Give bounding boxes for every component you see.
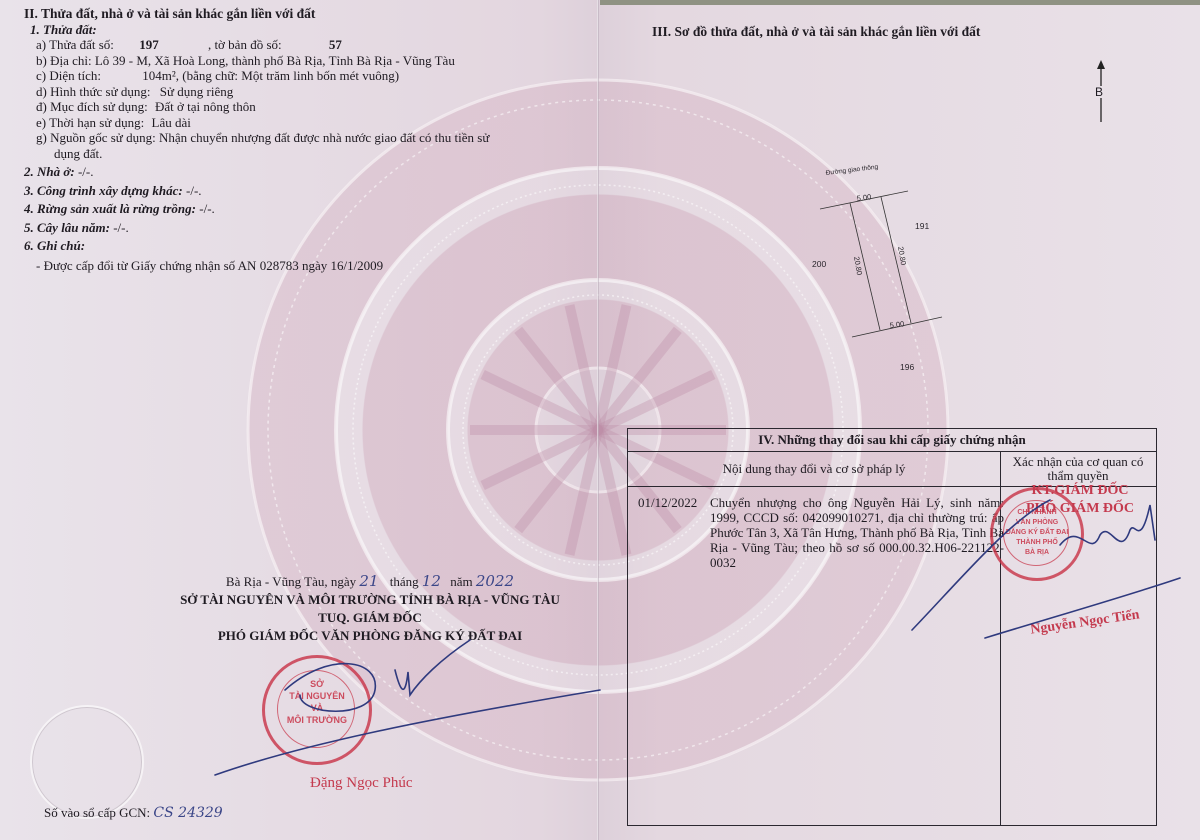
production-forest-row: 4. Rừng sản xuất là rừng trồng: -/-. (24, 201, 584, 217)
confirmation-title: KT.GIÁM ĐỐC PHÓ GIÁM ĐỐC (1010, 482, 1150, 518)
note-item: - Được cấp đổi từ Giấy chứng nhận số AN … (24, 258, 584, 274)
map-sheet-number: 57 (329, 37, 342, 52)
use-form-label: d) Hình thức sử dụng: (36, 84, 150, 99)
area-value: 104m², (bằng chữ: Một trăm linh bốn mét … (142, 68, 399, 83)
left-edge-length: 20.80 (852, 256, 864, 276)
house-row: 2. Nhà ở: -/-. (24, 164, 584, 180)
right-edge-length: 20.80 (896, 246, 908, 266)
top-edge-strip (600, 0, 1200, 5)
issue-year: 2022 (476, 572, 514, 590)
signer-position: PHÓ GIÁM ĐỐC VĂN PHÒNG ĐĂNG KÝ ĐẤT ĐAI (150, 627, 590, 645)
section-ii-title: II. Thửa đất, nhà ở và tài sản khác gắn … (24, 6, 584, 22)
perennial-trees-value: -/-. (113, 220, 129, 235)
other-construction-row: 3. Công trình xây dựng khác: -/-. (24, 183, 584, 199)
parcel-label: a) Thửa đất số: (36, 37, 114, 52)
column-content-header: Nội dung thay đổi và cơ sở pháp lý (628, 452, 1000, 486)
production-forest-label: 4. Rừng sản xuất là rừng trồng: (24, 201, 196, 216)
gcn-register-line: Số vào sổ cấp GCN: CS 24329 (44, 805, 223, 821)
gcn-register-value: CS 24329 (153, 805, 222, 821)
change-date: 01/12/2022 (638, 495, 704, 510)
place-date-prefix: Bà Rịa - Vũng Tàu, ngày (226, 574, 356, 589)
parcel-row: a) Thửa đất số: 197 , tờ bản đồ số: 57 (24, 37, 584, 53)
north-label: B (1095, 86, 1103, 98)
house-value: -/-. (78, 164, 94, 179)
issue-day: 21 (359, 572, 378, 590)
section-iii-title: III. Sơ đồ thửa đất, nhà ở và tài sản kh… (652, 24, 980, 40)
place-date-line: Bà Rịa - Vũng Tàu, ngày 21 tháng 12 năm … (150, 572, 590, 591)
parcel-number: 197 (139, 37, 159, 52)
changes-table-title: IV. Những thay đổi sau khi cấp giấy chứn… (628, 429, 1156, 452)
area-row: c) Diện tích: 104m², (bằng chữ: Một trăm… (24, 68, 584, 84)
land-plot-diagram: Đường giao thông 5.00 5.00 20.80 20.80 2… (790, 155, 990, 375)
term-row: e) Thời hạn sử dụng: Lâu dài (24, 115, 584, 131)
origin-label: g) Nguồn gốc sử dụng: (36, 130, 156, 145)
left-signer-name: Đặng Ngọc Phúc (310, 775, 412, 792)
address-value: Lô 39 - M, Xã Hoà Long, thành phố Bà Rịa… (95, 53, 455, 68)
origin-value: Nhận chuyển nhượng đất được nhà nước gia… (159, 130, 489, 145)
purpose-row: đ) Mục đích sử dụng: Đất ở tại nông thôn (24, 99, 584, 115)
issuing-agency: SỞ TÀI NGUYÊN VÀ MÔI TRƯỜNG TỈNH BÀ RỊA … (150, 591, 590, 609)
neighbor-right: 191 (915, 221, 929, 231)
top-edge-length: 5.00 (856, 192, 872, 203)
confirmation-line2: PHÓ GIÁM ĐỐC (1010, 500, 1150, 518)
map-sheet-label: , tờ bản đồ số: (208, 37, 282, 52)
production-forest-value: -/-. (199, 201, 215, 216)
use-form-value: Sử dụng riêng (160, 84, 234, 99)
address-row: b) Địa chỉ: Lô 39 - M, Xã Hoà Long, thàn… (24, 53, 584, 69)
road-label: Đường giao thông (825, 164, 879, 177)
embossed-seal (30, 705, 144, 819)
purpose-value: Đất ở tại nông thôn (155, 99, 256, 114)
year-label: năm (450, 574, 472, 589)
month-label: tháng (390, 574, 419, 589)
left-signature-block: Bà Rịa - Vũng Tàu, ngày 21 tháng 12 năm … (150, 572, 590, 645)
area-label: c) Diện tích: (36, 68, 101, 83)
use-form-row: d) Hình thức sử dụng: Sử dụng riêng (24, 84, 584, 100)
other-construction-value: -/-. (186, 183, 202, 198)
on-behalf-of: TUQ. GIÁM ĐỐC (150, 609, 590, 627)
land-title: 1. Thửa đất: (24, 22, 584, 38)
confirmation-line1: KT.GIÁM ĐỐC (1010, 482, 1150, 500)
page-fold (597, 0, 599, 840)
neighbor-left: 200 (812, 259, 826, 269)
neighbor-bottom: 196 (900, 362, 914, 372)
term-value: Lâu dài (152, 115, 191, 130)
address-label: b) Địa chỉ: (36, 53, 92, 68)
change-content: Chuyển nhượng cho ông Nguyễn Hải Lý, sin… (710, 495, 1004, 570)
term-label: e) Thời hạn sử dụng: (36, 115, 144, 130)
origin-continued: dụng đất. (24, 146, 584, 162)
left-page: II. Thửa đất, nhà ở và tài sản khác gắn … (24, 6, 584, 273)
official-seal-left: SỞ TÀI NGUYÊN VÀ MÔI TRƯỜNG (262, 655, 372, 765)
perennial-trees-row: 5. Cây lâu năm: -/-. (24, 220, 584, 236)
origin-row: g) Nguồn gốc sử dụng: Nhận chuyển nhượng… (24, 130, 584, 146)
house-label: 2. Nhà ở: (24, 164, 75, 179)
gcn-register-label: Số vào sổ cấp GCN: (44, 805, 150, 820)
issue-month: 12 (422, 572, 441, 590)
bottom-edge-length: 5.00 (889, 319, 905, 330)
other-construction-label: 3. Công trình xây dựng khác: (24, 183, 183, 198)
column-confirm-header: Xác nhận của cơ quan có thẩm quyền (1000, 452, 1156, 486)
perennial-trees-label: 5. Cây lâu năm: (24, 220, 110, 235)
seal-text: SỞ TÀI NGUYÊN VÀ MÔI TRƯỜNG (265, 678, 369, 726)
purpose-label: đ) Mục đích sử dụng: (36, 99, 148, 114)
notes-label: 6. Ghi chú: (24, 238, 584, 254)
